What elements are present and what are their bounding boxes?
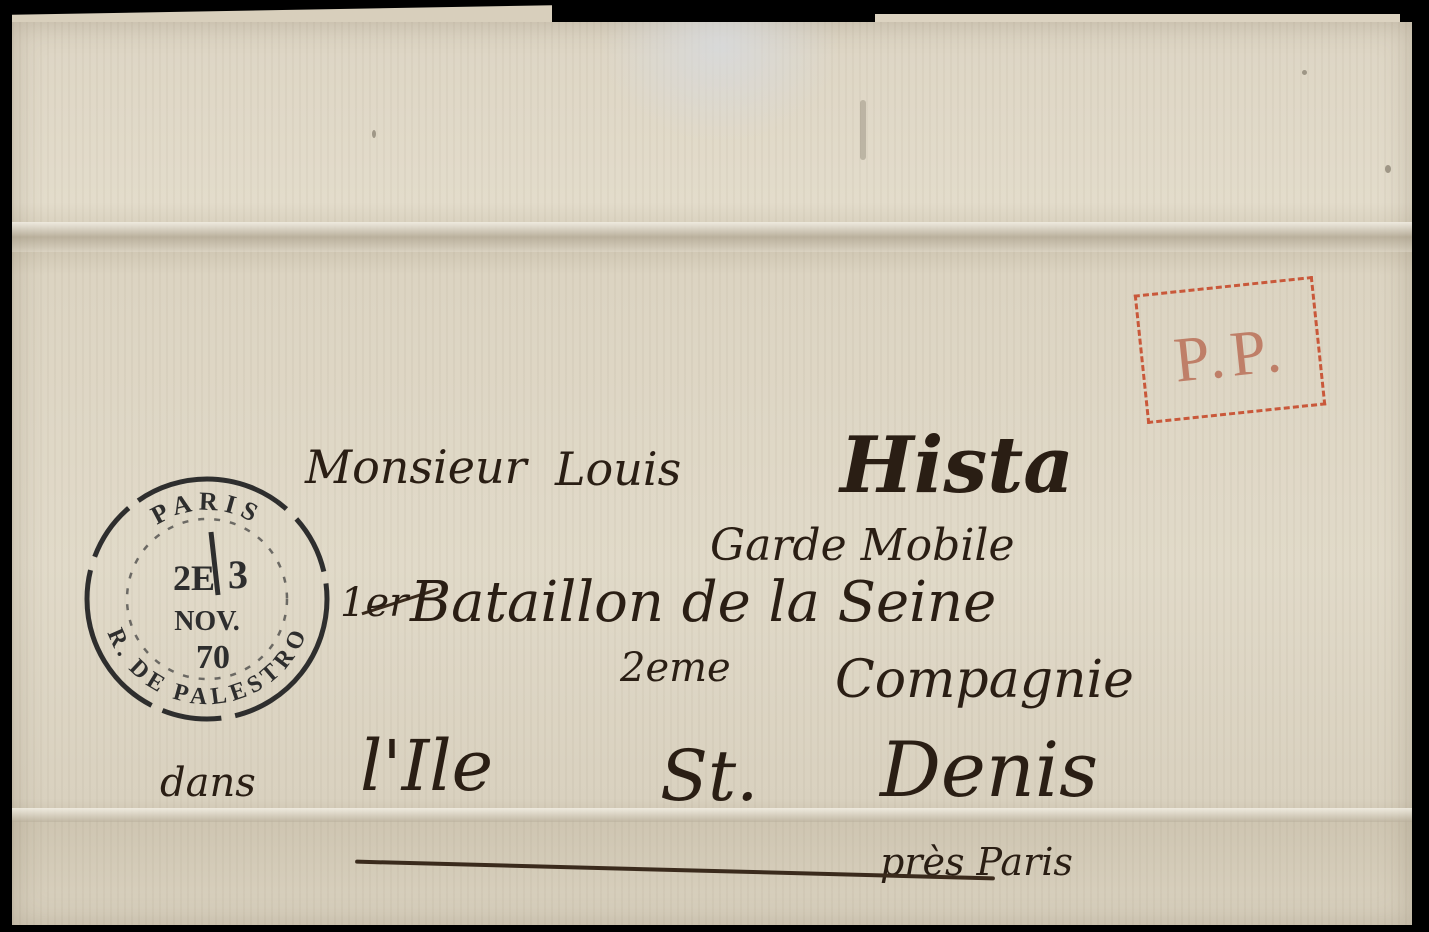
address-company-number: 2eme	[620, 645, 731, 691]
address-unit: Garde Mobile	[710, 520, 1015, 571]
address-place-denis: Denis	[880, 725, 1098, 814]
postmark-day: 3	[228, 552, 248, 597]
address-place-saint: St.	[660, 735, 758, 817]
postmark-collection: 2E	[173, 558, 215, 598]
flap-shadow	[600, 22, 840, 142]
address-company: Compagnie	[835, 650, 1134, 710]
address-dans: dans	[160, 760, 256, 806]
address-salutation: Monsieur	[305, 440, 527, 494]
paris-postmark: PARIS R. DE PALESTRO 2E 3 NOV. 70	[78, 470, 336, 728]
ink-spot	[1302, 70, 1307, 75]
pp-handstamp-text: P.P.	[1140, 309, 1321, 401]
address-battalion: Bataillon de la Seine	[410, 570, 996, 635]
ink-spot	[372, 130, 376, 138]
address-battalion-number: 1er	[340, 580, 408, 626]
postmark-month: NOV.	[174, 606, 240, 637]
address-first-name: Louis	[555, 442, 681, 496]
postmark-city: PARIS	[146, 487, 268, 531]
horizontal-fold	[12, 222, 1412, 252]
ink-spot	[860, 100, 866, 160]
ink-spot	[1385, 165, 1391, 173]
address-surname: Hista	[840, 420, 1074, 511]
address-place-ile: l'Ile	[360, 725, 493, 807]
postmark-year: 70	[196, 639, 230, 676]
pp-handstamp: P.P.	[1134, 276, 1327, 424]
svg-text:PARIS: PARIS	[146, 487, 268, 531]
